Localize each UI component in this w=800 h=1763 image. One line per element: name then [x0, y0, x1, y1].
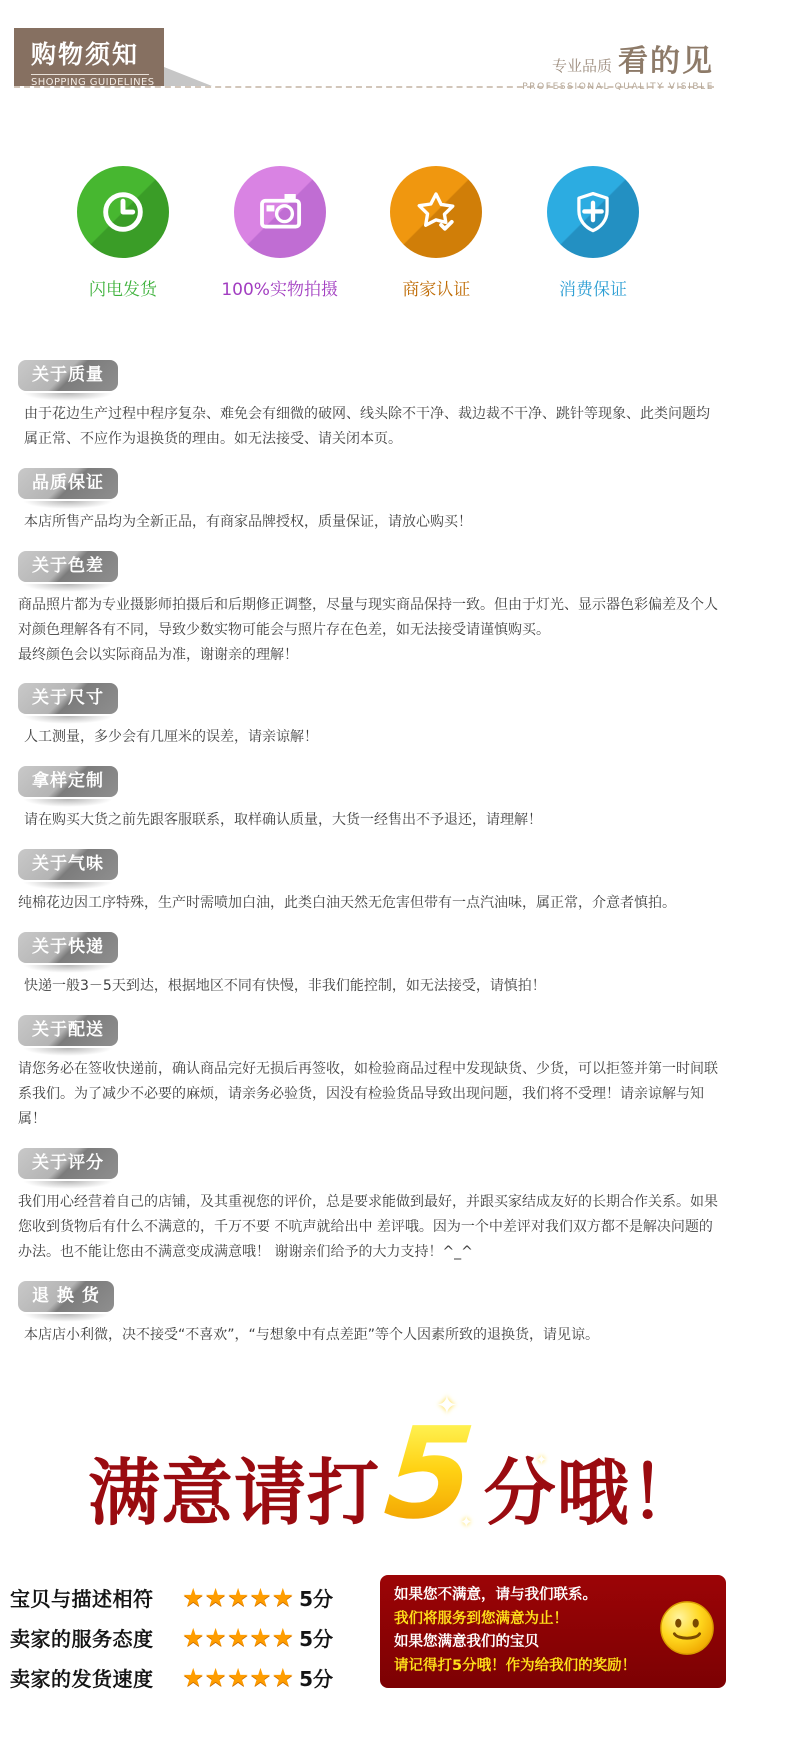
rating-row-shipping-speed: 卖家的发货速度 ★★★★★ 5分: [10, 1657, 378, 1697]
ribbon-fold: [164, 67, 212, 86]
feature-real-photos: 100%实物拍摄: [215, 166, 345, 300]
five-star-cta: 满意请打 5 ✦ ✦ ✦ 分哦！: [88, 1401, 800, 1529]
feature-label: 消费保证: [528, 275, 658, 300]
feature-certified-merchant: 商家认证: [371, 166, 501, 300]
feature-label: 闪电发货: [58, 275, 188, 300]
section-quality: 关于质量 由于花边生产过程中程序复杂、难免会有细微的破网、线头除不干净、裁边裁不…: [18, 344, 782, 452]
section-title-pill: 关于配送: [18, 1015, 118, 1046]
feature-fast-shipping: 闪电发货: [58, 166, 188, 300]
section-title-pill: 关于尺寸: [18, 683, 118, 714]
section-body: 人工测量，多少会有几厘米的误差，请亲谅解！: [18, 725, 722, 750]
tagline-large: 看的见: [618, 36, 714, 80]
title-box: 购物须知 SHOPPING GUIDELINES: [14, 28, 164, 86]
section-title-pill: 关于气味: [18, 849, 118, 880]
section-title-pill: 关于评分: [18, 1148, 118, 1179]
section-body: 请在购买大货之前先跟客服联系，取样确认质量，大货一经售出不予退还，请理解！: [18, 808, 722, 833]
clock-icon: [77, 166, 169, 258]
quality-tagline: 专业品质 看的见 PROFESSIONAL QUALITY VISIBLE: [522, 36, 714, 92]
section-title-pill: 关于质量: [18, 360, 118, 391]
section-body: 本店店小利微，决不接受“不喜欢”，“与想象中有点差距”等个人因素所致的退换货，请…: [18, 1323, 722, 1348]
shopping-guidelines-banner: 购物须知 SHOPPING GUIDELINES 专业品质 看的见 PROFES…: [0, 0, 800, 1763]
guideline-sections: 关于质量 由于花边生产过程中程序复杂、难免会有细微的破网、线头除不干净、裁边裁不…: [18, 344, 782, 1347]
rating-row-service: 卖家的服务态度 ★★★★★ 5分: [10, 1617, 378, 1657]
notice-line: 请记得打5分哦！作为给我们的奖励！: [394, 1655, 712, 1678]
feature-label: 100%实物拍摄: [215, 275, 345, 300]
rating-row-description: 宝贝与描述相符 ★★★★★ 5分: [10, 1577, 378, 1617]
satisfaction-notice-box: 如果您不满意，请与我们联系。 我们将服务到您满意为止！ 如果您满意我们的宝贝 请…: [380, 1575, 726, 1688]
rating-label: 卖家的服务态度: [10, 1623, 182, 1652]
rating-label: 宝贝与描述相符: [10, 1583, 182, 1612]
section-body: 请您务必在签收快递前，确认商品完好无损后再签收，如检验商品过程中发现缺货、少货，…: [18, 1057, 722, 1132]
five-star-icons: ★★★★★: [182, 1623, 294, 1652]
sparkle-icon: ✦: [460, 1513, 473, 1531]
camera-icon: [234, 166, 326, 258]
rating-score: 5分: [299, 1623, 333, 1652]
rating-score: 5分: [299, 1663, 333, 1692]
cta-prefix: 满意请打: [88, 1457, 380, 1529]
sparkle-icon: ✦: [536, 1453, 800, 1468]
smiley-face-icon: [658, 1599, 716, 1657]
feature-icons-row: 闪电发货 100%实物拍摄 商家认证 消费保证: [58, 166, 658, 300]
section-express: 关于快递 快递一般3－5天到达，根据地区不同有快慢，非我们能控制，如无法接受，请…: [18, 916, 782, 999]
page-title: 购物须知: [31, 35, 164, 71]
section-sampling: 拿样定制 请在购买大货之前先跟客服联系，取样确认质量，大货一经售出不予退还，请理…: [18, 750, 782, 833]
feature-consumer-guarantee: 消费保证: [528, 166, 658, 300]
section-rating: 关于评分 我们用心经营着自己的店铺，及其重视您的评价，总是要求能做到最好，并跟买…: [18, 1132, 782, 1265]
section-title-pill: 关于色差: [18, 551, 118, 582]
section-quality-assurance: 品质保证 本店所售产品均为全新正品，有商家品牌授权，质量保证，请放心购买！: [18, 452, 782, 535]
section-color-difference: 关于色差 商品照片都为专业摄影师拍摄后和后期修正调整，尽量与现实商品保持一致。但…: [18, 535, 782, 668]
section-body: 纯棉花边因工序特殊，生产时需喷加白油，此类白油天然无危害但带有一点汽油味，属正常…: [18, 891, 722, 916]
tagline-small: 专业品质: [552, 55, 612, 76]
section-title-pill: 品质保证: [18, 468, 118, 499]
section-body: 本店所售产品均为全新正品，有商家品牌授权，质量保证，请放心购买！: [18, 510, 722, 535]
star-badge-icon: [390, 166, 482, 258]
section-body: 快递一般3－5天到达，根据地区不同有快慢，非我们能控制，如无法接受，请慎拍！: [18, 974, 722, 999]
rating-score: 5分: [299, 1583, 333, 1612]
title-divider: [31, 74, 149, 75]
bottom-area: 宝贝与描述相符 ★★★★★ 5分 卖家的服务态度 ★★★★★ 5分 卖家的发货速…: [10, 1575, 800, 1697]
header: 购物须知 SHOPPING GUIDELINES 专业品质 看的见 PROFES…: [0, 0, 800, 108]
five-star-icons: ★★★★★: [182, 1583, 294, 1612]
section-title-pill: 退 换 货: [18, 1281, 114, 1312]
section-smell: 关于气味 纯棉花边因工序特殊，生产时需喷加白油，此类白油天然无危害但带有一点汽油…: [18, 833, 782, 916]
section-body: 我们用心经营着自己的店铺，及其重视您的评价，总是要求能做到最好，并跟买家结成友好…: [18, 1190, 722, 1265]
section-delivery: 关于配送 请您务必在签收快递前，确认商品完好无损后再签收，如检验商品过程中发现缺…: [18, 999, 782, 1132]
section-returns: 退 换 货 本店店小利微，决不接受“不喜欢”，“与想象中有点差距”等个人因素所致…: [18, 1265, 782, 1348]
five-star-icons: ★★★★★: [182, 1663, 294, 1692]
section-body: 商品照片都为专业摄影师拍摄后和后期修正调整，尽量与现实商品保持一致。但由于灯光、…: [18, 593, 722, 668]
section-title-pill: 关于快递: [18, 932, 118, 963]
rating-rows: 宝贝与描述相符 ★★★★★ 5分 卖家的服务态度 ★★★★★ 5分 卖家的发货速…: [10, 1575, 378, 1697]
rating-label: 卖家的发货速度: [10, 1663, 182, 1692]
sparkle-icon: ✦: [436, 1391, 458, 1421]
section-body: 由于花边生产过程中程序复杂、难免会有细微的破网、线头除不干净、裁边裁不干净、跳针…: [18, 402, 722, 452]
feature-label: 商家认证: [371, 275, 501, 300]
shield-plus-icon: [547, 166, 639, 258]
section-size: 关于尺寸 人工测量，多少会有几厘米的误差，请亲谅解！: [18, 667, 782, 750]
tagline-en: PROFESSIONAL QUALITY VISIBLE: [522, 82, 714, 92]
page-title-en: SHOPPING GUIDELINES: [31, 77, 164, 88]
section-title-pill: 拿样定制: [18, 766, 118, 797]
